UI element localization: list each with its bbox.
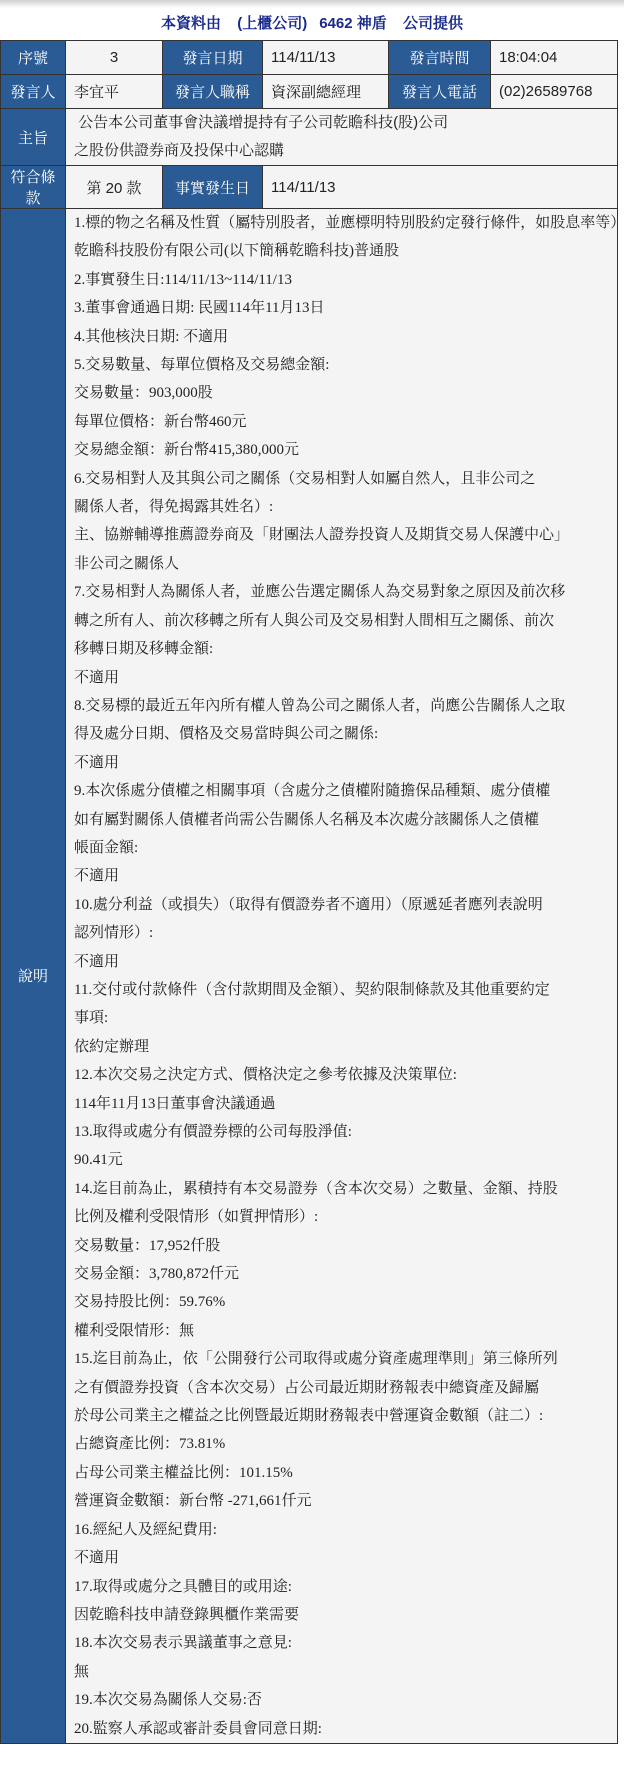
description-line: 得及處分日期、價格及交易當時與公司之關係: <box>74 720 609 748</box>
description-line: 如有屬對關係人債權者尚需公告關係人名稱及本次處分該關係人之債權 <box>74 806 609 834</box>
row-seq-date-time: 序號 3 發言日期 114/11/13 發言時間 18:04:04 <box>1 41 618 75</box>
speaker-title-label: 發言人職稱 <box>163 75 263 109</box>
description-line: 19.本次交易為關係人交易:否 <box>74 1686 609 1714</box>
description-line: 90.41元 <box>74 1146 609 1174</box>
description-line: 1.標的物之名稱及性質（屬特別股者，並應標明特別股約定發行條件，如股息率等）: <box>74 209 609 237</box>
description-line: 15.迄目前為止，依「公開發行公司取得或處分資產處理準則」第三條所列 <box>74 1345 609 1373</box>
description-line: 不適用 <box>74 948 609 976</box>
description-line: 轉之所有人、前次移轉之所有人與公司及交易相對人間相互之關係、前次 <box>74 607 609 635</box>
top-shadow-band <box>0 0 624 8</box>
row-description: 說明 1.標的物之名稱及性質（屬特別股者，並應標明特別股約定發行條件，如股息率等… <box>1 209 618 1744</box>
provider-banner: 本資料由 (上櫃公司)6462 神盾 公司提供 <box>0 12 624 33</box>
description-line: 於母公司業主之權益之比例暨最近期財務報表中營運資金數額（註二）: <box>74 1402 609 1430</box>
announcement-table: 序號 3 發言日期 114/11/13 發言時間 18:04:04 發言人 李宜… <box>0 40 618 1744</box>
clause-label: 符合條款 <box>1 166 66 209</box>
description-line: 乾瞻科技股份有限公司(以下簡稱乾瞻科技)普通股 <box>74 237 609 265</box>
speaker-label: 發言人 <box>1 75 66 109</box>
seq-value: 3 <box>66 41 163 75</box>
description-line: 交易金額：3,780,872仟元 <box>74 1260 609 1288</box>
description-line: 比例及權利受限情形（如質押情形）: <box>74 1203 609 1231</box>
description-line: 18.本次交易表示異議董事之意見: <box>74 1629 609 1657</box>
description-line: 無 <box>74 1658 609 1686</box>
description-line: 每單位價格：新台幣460元 <box>74 408 609 436</box>
date-label: 發言日期 <box>163 41 263 75</box>
description-line: 8.交易標的最近五年內所有權人曾為公司之關係人者，尚應公告關係人之取 <box>74 692 609 720</box>
description-line: 依約定辦理 <box>74 1033 609 1061</box>
description-body: 1.標的物之名稱及性質（屬特別股者，並應標明特別股約定發行條件，如股息率等）:乾… <box>66 209 618 1744</box>
description-line: 12.本次交易之決定方式、價格決定之參考依據及決策單位: <box>74 1061 609 1089</box>
description-line: 4.其他核決日期: 不適用 <box>74 323 609 351</box>
description-line: 114年11月13日董事會決議通過 <box>74 1090 609 1118</box>
description-line: 移轉日期及移轉金額: <box>74 635 609 663</box>
subject-line-1: 公告本公司董事會決議增提持有子公司乾瞻科技(股)公司 <box>74 109 609 137</box>
description-line: 之有價證券投資（含本次交易）占公司最近期財務報表中總資產及歸屬 <box>74 1374 609 1402</box>
description-line: 主、協辦輔導推薦證券商及「財團法人證券投資人及期貨交易人保護中心」 <box>74 521 609 549</box>
description-line: 13.取得或處分有價證券標的公司每股淨值: <box>74 1118 609 1146</box>
description-line: 11.交付或付款條件（含付款期間及金額）、契約限制條款及其他重要約定 <box>74 976 609 1004</box>
fact-date-label: 事實發生日 <box>163 166 263 209</box>
description-line: 2.事實發生日:114/11/13~114/11/13 <box>74 266 609 294</box>
clause-value: 第 20 款 <box>66 166 163 209</box>
description-line: 關係人者，得免揭露其姓名）: <box>74 493 609 521</box>
row-clause: 符合條款 第 20 款 事實發生日 114/11/13 <box>1 166 618 209</box>
description-line: 交易總金額：新台幣415,380,000元 <box>74 436 609 464</box>
provider-prefix: 本資料由 <box>161 15 221 32</box>
description-line: 9.本次係處分債權之相關事項（含處分之債權附隨擔保品種類、處分債權 <box>74 777 609 805</box>
description-line: 不適用 <box>74 862 609 890</box>
subject-label: 主旨 <box>1 109 66 166</box>
description-line: 7.交易相對人為關係人者，並應公告選定關係人為交易對象之原因及前次移 <box>74 578 609 606</box>
speaker-value: 李宜平 <box>66 75 163 109</box>
row-subject: 主旨 公告本公司董事會決議增提持有子公司乾瞻科技(股)公司 之股份供證券商及投保… <box>1 109 618 166</box>
description-line: 5.交易數量、每單位價格及交易總金額: <box>74 351 609 379</box>
description-line: 營運資金數額：新台幣 -271,661仟元 <box>74 1487 609 1515</box>
description-line: 17.取得或處分之具體目的或用途: <box>74 1573 609 1601</box>
time-value: 18:04:04 <box>491 41 618 75</box>
description-line: 帳面金額: <box>74 834 609 862</box>
speaker-phone-label: 發言人電話 <box>389 75 491 109</box>
description-line: 不適用 <box>74 664 609 692</box>
description-lines: 1.標的物之名稱及性質（屬特別股者，並應標明特別股約定發行條件，如股息率等）:乾… <box>74 209 609 1743</box>
provider-company: 6462 神盾 <box>319 15 387 32</box>
date-value: 114/11/13 <box>263 41 389 75</box>
description-line: 3.董事會通過日期: 民國114年11月13日 <box>74 294 609 322</box>
description-line: 10.處分利益（或損失）（取得有價證券者不適用）（原遞延者應列表說明 <box>74 891 609 919</box>
description-line: 16.經紀人及經紀費用: <box>74 1516 609 1544</box>
description-line: 交易數量：903,000股 <box>74 379 609 407</box>
description-line: 不適用 <box>74 749 609 777</box>
provider-market: (上櫃公司) <box>237 15 307 32</box>
description-line: 因乾瞻科技申請登錄興櫃作業需要 <box>74 1601 609 1629</box>
description-line: 權利受限情形：無 <box>74 1317 609 1345</box>
subject-line-2: 之股份供證券商及投保中心認購 <box>74 137 609 165</box>
description-line: 20.監察人承認或審計委員會同意日期: <box>74 1715 609 1743</box>
row-speaker: 發言人 李宜平 發言人職稱 資深副總經理 發言人電話 (02)26589768 <box>1 75 618 109</box>
description-line: 認列情形）: <box>74 919 609 947</box>
speaker-phone-value: (02)26589768 <box>491 75 618 109</box>
description-line: 交易持股比例：59.76% <box>74 1288 609 1316</box>
speaker-title-value: 資深副總經理 <box>263 75 389 109</box>
fact-date-value: 114/11/13 <box>263 166 618 209</box>
description-line: 事項: <box>74 1004 609 1032</box>
time-label: 發言時間 <box>389 41 491 75</box>
description-line: 占母公司業主權益比例：101.15% <box>74 1459 609 1487</box>
description-line: 不適用 <box>74 1544 609 1572</box>
description-line: 6.交易相對人及其與公司之關係（交易相對人如屬自然人，且非公司之 <box>74 465 609 493</box>
description-line: 交易數量：17,952仟股 <box>74 1232 609 1260</box>
description-line: 14.迄目前為止，累積持有本交易證券（含本次交易）之數量、金額、持股 <box>74 1175 609 1203</box>
seq-label: 序號 <box>1 41 66 75</box>
description-line: 占總資產比例：73.81% <box>74 1430 609 1458</box>
description-line: 非公司之關係人 <box>74 550 609 578</box>
subject-value: 公告本公司董事會決議增提持有子公司乾瞻科技(股)公司 之股份供證券商及投保中心認… <box>66 109 618 166</box>
description-label: 說明 <box>1 209 66 1744</box>
provider-suffix: 公司提供 <box>403 15 463 32</box>
